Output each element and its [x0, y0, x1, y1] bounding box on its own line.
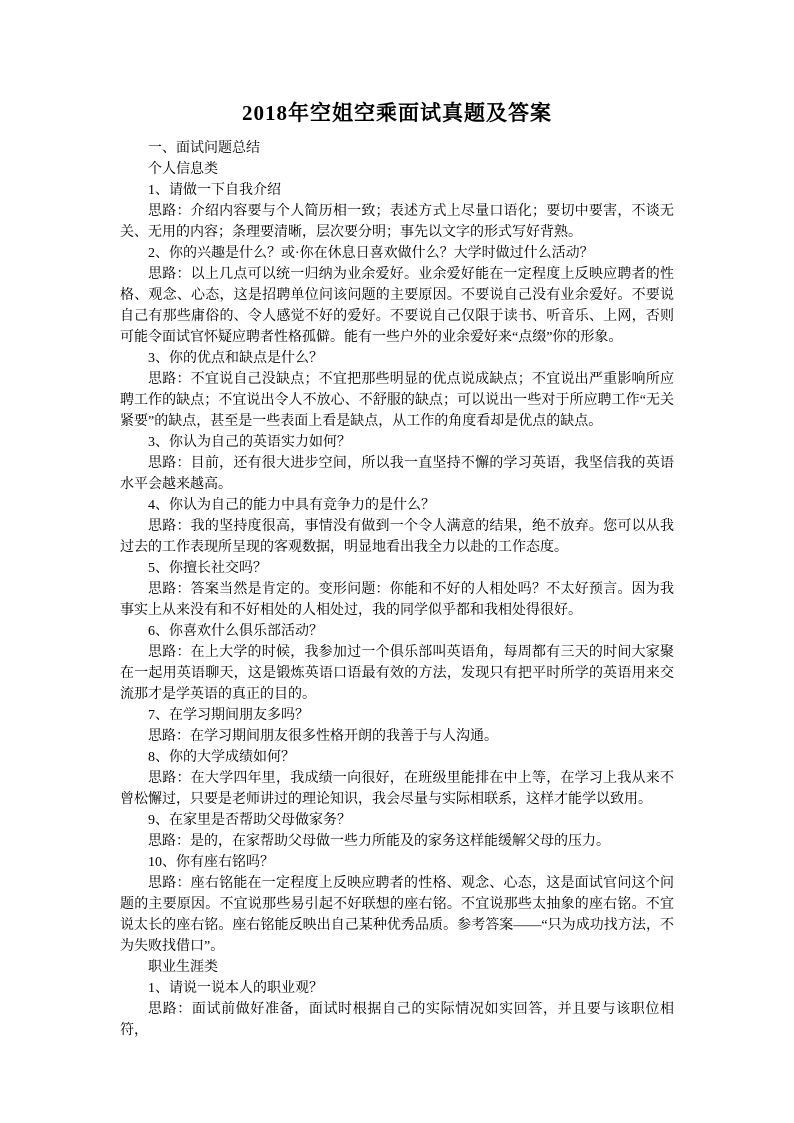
- paragraph: 1、请做一下自我介绍: [120, 180, 674, 201]
- paragraph: 一、面试问题总结: [120, 138, 674, 159]
- paragraph: 个人信息类: [120, 159, 674, 180]
- document-title: 2018年空姐空乘面试真题及答案: [0, 97, 794, 129]
- paragraph: 思路：在上大学的时候，我参加过一个俱乐部叫英语角，每周都有三天的时间大家聚在一起…: [120, 642, 674, 705]
- paragraph: 思路：座右铭能在一定程度上反映应聘者的性格、观念、心态，这是面试官问这个问题的主…: [120, 873, 674, 957]
- paragraph: 思路：在大学四年里，我成绩一向很好，在班级里能排在中上等，在学习上我从来不曾松懈…: [120, 768, 674, 810]
- paragraph: 9、在家里是否帮助父母做家务？: [120, 810, 674, 831]
- paragraph: 8、你的大学成绩如何？: [120, 747, 674, 768]
- paragraph: 思路：答案当然是肯定的。变形问题：你能和不好的人相处吗？不太好预言。因为我事实上…: [120, 579, 674, 621]
- paragraph: 思路：目前，还有很大进步空间，所以我一直坚持不懈的学习英语，我坚信我的英语水平会…: [120, 453, 674, 495]
- paragraph: 思路：以上几点可以统一归纳为业余爱好。业余爱好能在一定程度上反映应聘者的性格、观…: [120, 264, 674, 348]
- document-page: 2018年空姐空乘面试真题及答案 一、面试问题总结个人信息类1、请做一下自我介绍…: [0, 0, 794, 1123]
- paragraph: 1、请说一说本人的职业观？: [120, 978, 674, 999]
- paragraph: 3、你的优点和缺点是什么？: [120, 348, 674, 369]
- paragraph: 10、你有座右铭吗？: [120, 852, 674, 873]
- document-body: 一、面试问题总结个人信息类1、请做一下自我介绍思路：介绍内容要与个人简历相一致；…: [120, 138, 674, 1041]
- paragraph: 7、在学习期间朋友多吗？: [120, 705, 674, 726]
- paragraph: 6、你喜欢什么俱乐部活动？: [120, 621, 674, 642]
- paragraph: 2、你的兴趣是什么？或·你在休息日喜欢做什么？大学时做过什么活动？: [120, 243, 674, 264]
- paragraph: 思路：在学习期间朋友很多性格开朗的我善于与人沟通。: [120, 726, 674, 747]
- paragraph: 4、你认为自己的能力中具有竞争力的是什么？: [120, 495, 674, 516]
- paragraph: 思路：面试前做好准备，面试时根据自己的实际情况如实回答，并且要与该职位相符，: [120, 999, 674, 1041]
- paragraph: 思路：我的坚持度很高，事情没有做到一个令人满意的结果，绝不放弃。您可以从我过去的…: [120, 516, 674, 558]
- paragraph: 3、你认为自己的英语实力如何？: [120, 432, 674, 453]
- paragraph: 思路：不宜说自己没缺点；不宜把那些明显的优点说成缺点；不宜说出严重影响所应聘工作…: [120, 369, 674, 432]
- paragraph: 职业生涯类: [120, 957, 674, 978]
- paragraph: 5、你擅长社交吗？: [120, 558, 674, 579]
- paragraph: 思路：是的，在家帮助父母做一些力所能及的家务这样能缓解父母的压力。: [120, 831, 674, 852]
- paragraph: 思路：介绍内容要与个人简历相一致；表述方式上尽量口语化；要切中要害，不谈无关、无…: [120, 201, 674, 243]
